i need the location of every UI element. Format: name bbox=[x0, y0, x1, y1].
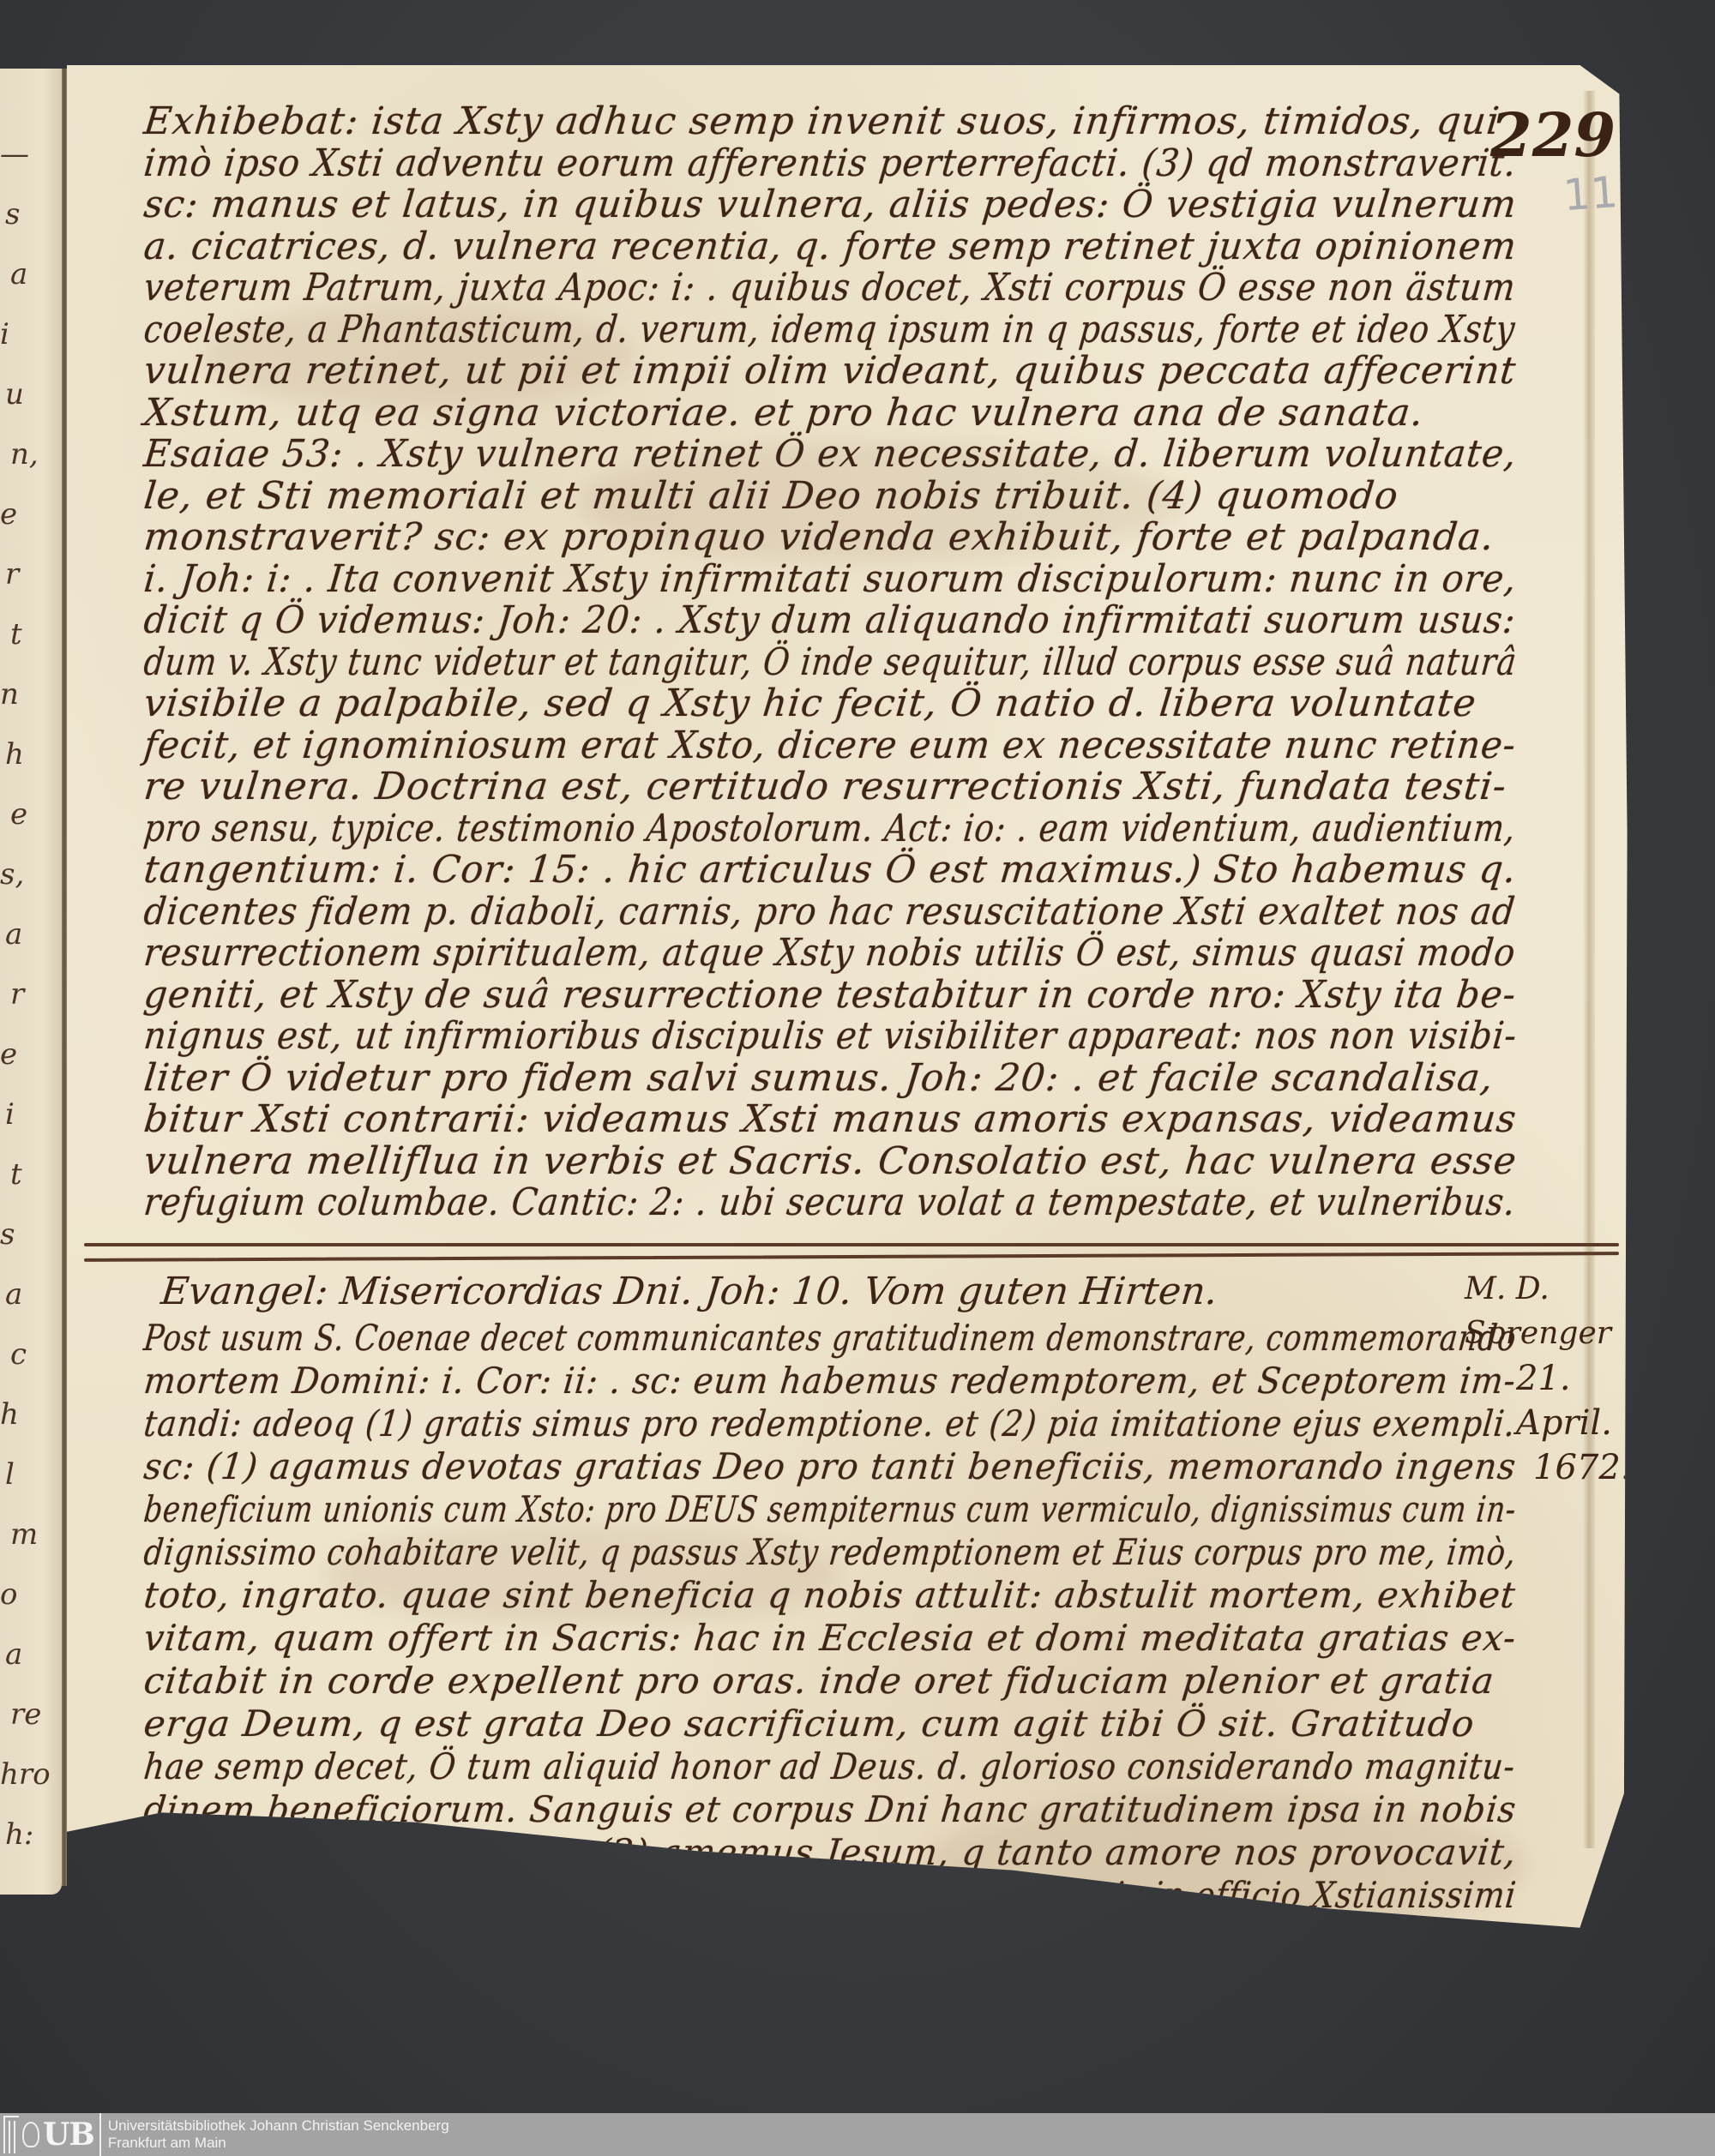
left-page-fragment: i bbox=[0, 317, 51, 351]
date-line-1: 21. April. bbox=[1516, 1356, 1643, 1445]
page-edge bbox=[1583, 91, 1595, 1848]
manuscript-line: sc: (1) agamus devotas gratias Deo pro t… bbox=[141, 1445, 1518, 1487]
footer-text: Universitätsbibliothek Johann Christian … bbox=[108, 2117, 449, 2152]
manuscript-line: hae semp decet, Ö tum aliquid honor ad D… bbox=[141, 1745, 1517, 1787]
left-page-fragment: r bbox=[5, 557, 57, 592]
manuscript-line: visibile a palpabile, sed q Xsty hic fec… bbox=[141, 682, 1478, 725]
manuscript-line: vulnera melliflua in verbis et Sacris. C… bbox=[141, 1139, 1519, 1183]
manuscript-line: coeleste, a Phantasticum, d. verum, idem… bbox=[141, 308, 1517, 351]
left-page-fragment: u bbox=[5, 377, 57, 411]
manuscript-line: resurrectionem spiritualem, atque Xsty n… bbox=[141, 931, 1518, 975]
manuscript-line: bitur Xsti contrarii: videamus Xsti manu… bbox=[141, 1097, 1519, 1141]
margin-note-date: M. D. Sprenger 21. April. 1672. bbox=[1516, 1267, 1643, 1490]
left-page-fragment: s, bbox=[0, 857, 51, 892]
left-page-fragment: n bbox=[0, 677, 51, 712]
manuscript-line: vulnera retinet, ut pii et impii olim vi… bbox=[141, 349, 1518, 393]
left-page-fragment: c bbox=[10, 1337, 62, 1372]
manuscript-line: dignissimo cohabitare velit, q passus Xs… bbox=[141, 1531, 1518, 1573]
manuscript-line: i. Joh: i: . Ita convenit Xsty infirmita… bbox=[141, 557, 1519, 601]
manuscript-line: tangentium: i. Cor: 15: . hic articulus … bbox=[141, 848, 1519, 892]
manuscript-line: le, et Sti memoriali et multi alii Deo n… bbox=[141, 474, 1400, 518]
manuscript-line: vitam, quam offert in Sacris: hac in Ecc… bbox=[141, 1617, 1518, 1659]
manuscript-line: beneficium unionis cum Xsto: pro DEUS se… bbox=[141, 1488, 1518, 1530]
left-page-fragment: s bbox=[0, 1217, 51, 1252]
institution-name: Universitätsbibliothek Johann Christian … bbox=[108, 2117, 449, 2135]
manuscript-line: dum v. Xsty tunc videtur et tangitur, Ö … bbox=[141, 640, 1519, 684]
book-spines-icon bbox=[3, 2116, 19, 2153]
book-gutter bbox=[62, 69, 67, 1886]
left-page-fragment: a bbox=[5, 917, 57, 952]
manuscript-line: sc: manus et latus, in quibus vulnera, a… bbox=[141, 183, 1519, 226]
double-rule-top bbox=[84, 1243, 1619, 1246]
manuscript-line: refugium columbae. Cantic: 2: . ubi secu… bbox=[141, 1180, 1518, 1224]
manuscript-line: erga Deum, q est grata Deo sacrificium, … bbox=[141, 1703, 1477, 1745]
manuscript-line: nignus est, ut infirmioribus discipulis … bbox=[141, 1014, 1519, 1058]
manuscript-page: 229. 118 Exhibebat: ista Xsty adhuc semp… bbox=[67, 65, 1643, 1985]
manuscript-line: mortem Domini: i. Cor: ii: . sc: eum hab… bbox=[141, 1360, 1518, 1402]
left-page-fragment: — bbox=[0, 137, 51, 171]
manuscript-line: tandi: adeoq (1) gratis simus pro redemp… bbox=[141, 1402, 1518, 1444]
manuscript-line: geniti, et Xsty de suâ resurrectione tes… bbox=[141, 973, 1518, 1017]
left-page-fragment: e bbox=[0, 1037, 51, 1072]
manuscript-line: excitant ut in perditum: (2) amemus Jesu… bbox=[141, 1831, 1519, 1873]
institution-city: Frankfurt am Main bbox=[108, 2135, 449, 2152]
manuscript-scan: —saiun,ertnhes,areitsachlmoarehroh: 229.… bbox=[0, 0, 1715, 2113]
left-page-fragment: a bbox=[10, 257, 62, 291]
manuscript-line: dicentes fidem p. diaboli, carnis, pro h… bbox=[141, 890, 1517, 934]
manuscript-line: monstraverit? sc: ex propinquo videnda e… bbox=[141, 515, 1496, 559]
manuscript-line: liter Ö videtur pro fidem salvi sumus. J… bbox=[141, 1056, 1495, 1100]
portrait-icon bbox=[22, 2122, 39, 2147]
manuscript-line: imò ipso Xsti adventu eorum afferentis p… bbox=[141, 141, 1519, 185]
date-line-2: 1672. bbox=[1533, 1445, 1643, 1490]
library-footer: UB Universitätsbibliothek Johann Christi… bbox=[0, 2113, 1715, 2156]
left-page-fragment: a bbox=[5, 1277, 57, 1312]
manuscript-line: Esaiae 53: . Xsty vulnera retinet Ö ex n… bbox=[141, 432, 1519, 476]
manuscript-line: Post usum S. Coenae decet communicantes … bbox=[141, 1317, 1518, 1359]
left-page-fragment: h bbox=[5, 737, 57, 772]
manuscript-line: Exhibebat: ista Xsty adhuc semp invenit … bbox=[141, 99, 1501, 143]
left-page-fragment: re bbox=[10, 1697, 62, 1732]
left-page-fragment: s bbox=[5, 197, 57, 231]
left-page-fragment: e bbox=[10, 797, 62, 832]
pencil-foliation: 118 bbox=[1562, 165, 1646, 221]
manuscript-line: toto, ingrato. quae sint beneficia q nob… bbox=[141, 1574, 1518, 1616]
manuscript-line: re vulnera. Doctrina est, certitudo resu… bbox=[141, 765, 1508, 808]
left-page-fragment: h bbox=[0, 1397, 51, 1432]
left-page-fragment: e bbox=[0, 497, 51, 531]
manuscript-line: veterum Patrum, juxta Apoc: i: . quibus … bbox=[141, 266, 1518, 309]
left-page-fragment: hro bbox=[0, 1757, 51, 1792]
left-page-fragment: n, bbox=[10, 437, 62, 471]
manuscript-line: dicit q Ö videmus: Joh: 20: . Xsty dum a… bbox=[141, 598, 1518, 642]
left-neighbour-page: —saiun,ertnhes,areitsachlmoarehroh: bbox=[0, 69, 62, 1895]
left-page-fragment: h: bbox=[5, 1817, 57, 1852]
left-page-fragment: a bbox=[5, 1637, 57, 1672]
manuscript-line: citabit in corde expellent pro oras. ind… bbox=[141, 1660, 1496, 1702]
manuscript-line: Xstum, utq ea signa victoriae. et pro ha… bbox=[141, 391, 1426, 435]
left-page-fragment: m bbox=[10, 1517, 62, 1552]
left-page-fragment: r bbox=[10, 977, 62, 1012]
left-page-fragment: t bbox=[10, 617, 62, 652]
logo-text: UB bbox=[43, 2117, 94, 2153]
left-page-fragment: l bbox=[5, 1457, 57, 1492]
manuscript-line: fecit, et ignominiosum erat Xsto, dicere… bbox=[141, 724, 1518, 767]
ub-logo: UB bbox=[3, 2113, 101, 2156]
left-page-fragment: t bbox=[10, 1157, 62, 1192]
manuscript-line: dinem beneficiorum. Sanguis et corpus Dn… bbox=[141, 1788, 1518, 1830]
manuscript-line: a. cicatrices, d. vulnera recentia, q. f… bbox=[141, 225, 1519, 268]
double-rule-bottom bbox=[84, 1252, 1619, 1262]
manuscript-line: seq nobis tradidit: inde oriatur proposi… bbox=[141, 1874, 1519, 1916]
left-page-fragment: o bbox=[0, 1577, 51, 1612]
left-page-fragment: i bbox=[5, 1097, 57, 1132]
manuscript-line: pro sensu, typice. testimonio Apostoloru… bbox=[141, 807, 1518, 850]
gospel-heading: Evangel: Misericordias Dni. Joh: 10. Vom… bbox=[159, 1270, 1219, 1313]
